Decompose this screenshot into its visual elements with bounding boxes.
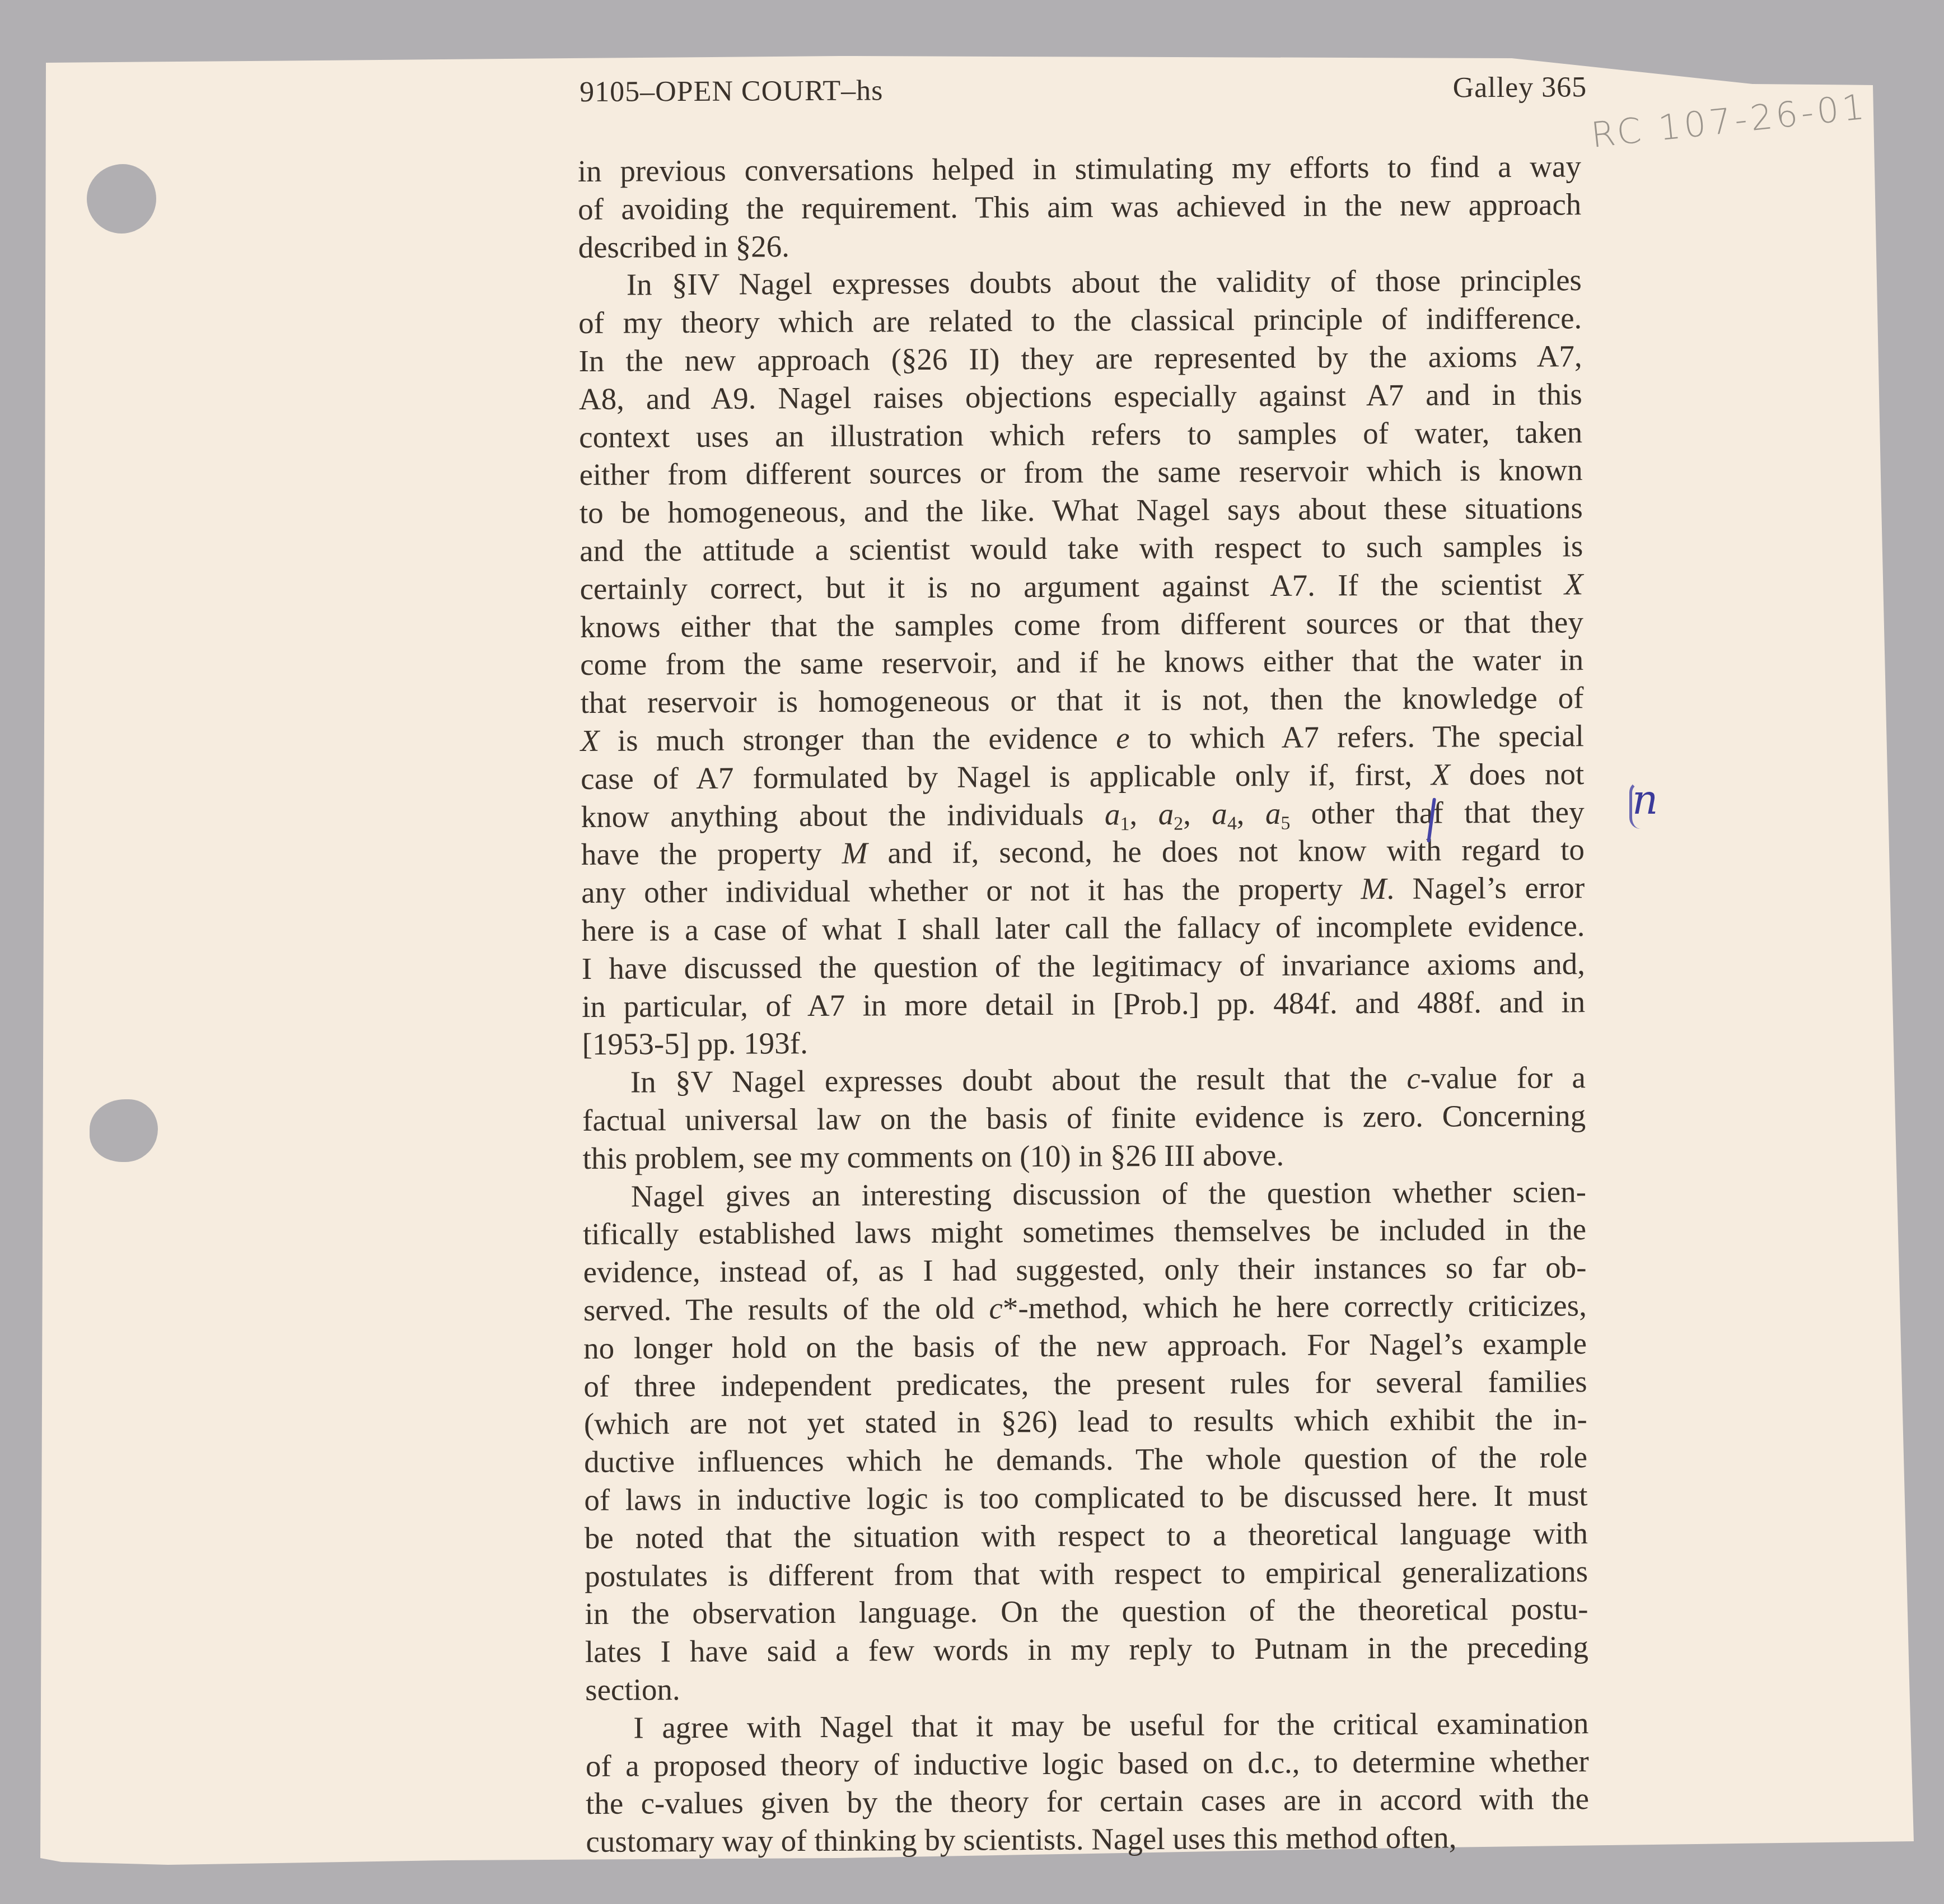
text-line: in the observation language. On the ques… <box>585 1593 1588 1631</box>
galley-number: Galley 365 <box>1433 71 1587 105</box>
text-line: served. The results of the old c*-method… <box>583 1289 1587 1327</box>
text-line: have the property M and if, second, he d… <box>581 833 1585 872</box>
text-line: case of A7 formulated by Nagel is applic… <box>581 757 1584 796</box>
text-line: of three independent predicates, the pre… <box>583 1365 1587 1403</box>
text-line: evidence, instead of, as I had suggested… <box>583 1250 1586 1289</box>
text-line: section. <box>585 1668 1588 1707</box>
text-line: that reservoir is homogeneous or that it… <box>580 681 1583 720</box>
job-header: 9105–OPEN COURT–hs <box>580 74 883 109</box>
text-line: [1953-5] pp. 193f. <box>582 1023 1585 1062</box>
text-line: I agree with Nagel that it may be useful… <box>585 1706 1588 1745</box>
text-line: of avoiding the requirement. This aim wa… <box>578 188 1581 226</box>
text-line: Nagel gives an interesting discussion of… <box>583 1175 1586 1214</box>
text-line: in previous conversations helped in stim… <box>578 150 1581 188</box>
text-line: of laws in inductive logic is too compli… <box>584 1478 1587 1517</box>
galley-page: 9105–OPEN COURT–hs Galley 365 in previou… <box>0 0 1944 1904</box>
text-line: tifically established laws might sometim… <box>583 1213 1586 1252</box>
text-line: In §IV Nagel expresses doubts about the … <box>578 264 1582 302</box>
text-line: I have discussed the question of the leg… <box>582 947 1585 986</box>
text-line: ductive influences which he demands. The… <box>584 1440 1587 1479</box>
text-line: and the attitude a scientist would take … <box>580 529 1583 568</box>
text-line: in particular, of A7 in more detail in [… <box>582 985 1585 1024</box>
text-line: to be homogeneous, and the like. What Na… <box>580 491 1583 530</box>
text-line: come from the same reservoir, and if he … <box>580 643 1583 682</box>
text-line: this problem, see my comments on (10) in… <box>582 1137 1586 1175</box>
text-line: lates I have said a few words in my repl… <box>585 1630 1588 1669</box>
text-line: In the new approach (§26 II) they are re… <box>578 339 1582 378</box>
text-line: no longer hold on the basis of the new a… <box>583 1327 1587 1365</box>
text-line: X is much stronger than the evidence e t… <box>581 719 1584 758</box>
text-line: In §V Nagel expresses doubt about the re… <box>582 1061 1586 1099</box>
text-line: (which are not yet stated in §26) lead t… <box>584 1403 1587 1441</box>
text-line: knows either that the samples come from … <box>580 605 1583 644</box>
text-line: A8, and A9. Nagel raises objections espe… <box>579 377 1582 416</box>
margin-correction-mark: n <box>1632 780 1658 820</box>
body-text: in previous conversations helped in stim… <box>0 0 1943 3</box>
text-line: context uses an illustration which refer… <box>579 416 1582 454</box>
text-line: certainly correct, but it is no argument… <box>580 567 1583 606</box>
text-line: the c-values given by the theory for cer… <box>586 1782 1589 1821</box>
text-line: be noted that the situation with respect… <box>585 1516 1588 1555</box>
text-line: factual universal law on the basis of fi… <box>582 1099 1586 1137</box>
text-line: any other individual whether or not it h… <box>581 871 1585 909</box>
text-line: here is a case of what I shall later cal… <box>581 909 1585 948</box>
text-line: of my theory which are related to the cl… <box>578 301 1582 340</box>
text-line: described in §26. <box>578 226 1581 264</box>
text-line: customary way of thinking by scientists.… <box>586 1820 1589 1859</box>
text-line: postulates is different from that with r… <box>585 1555 1588 1593</box>
text-line: of a proposed theory of inductive logic … <box>586 1744 1589 1783</box>
text-line: either from different sources or from th… <box>579 454 1582 492</box>
